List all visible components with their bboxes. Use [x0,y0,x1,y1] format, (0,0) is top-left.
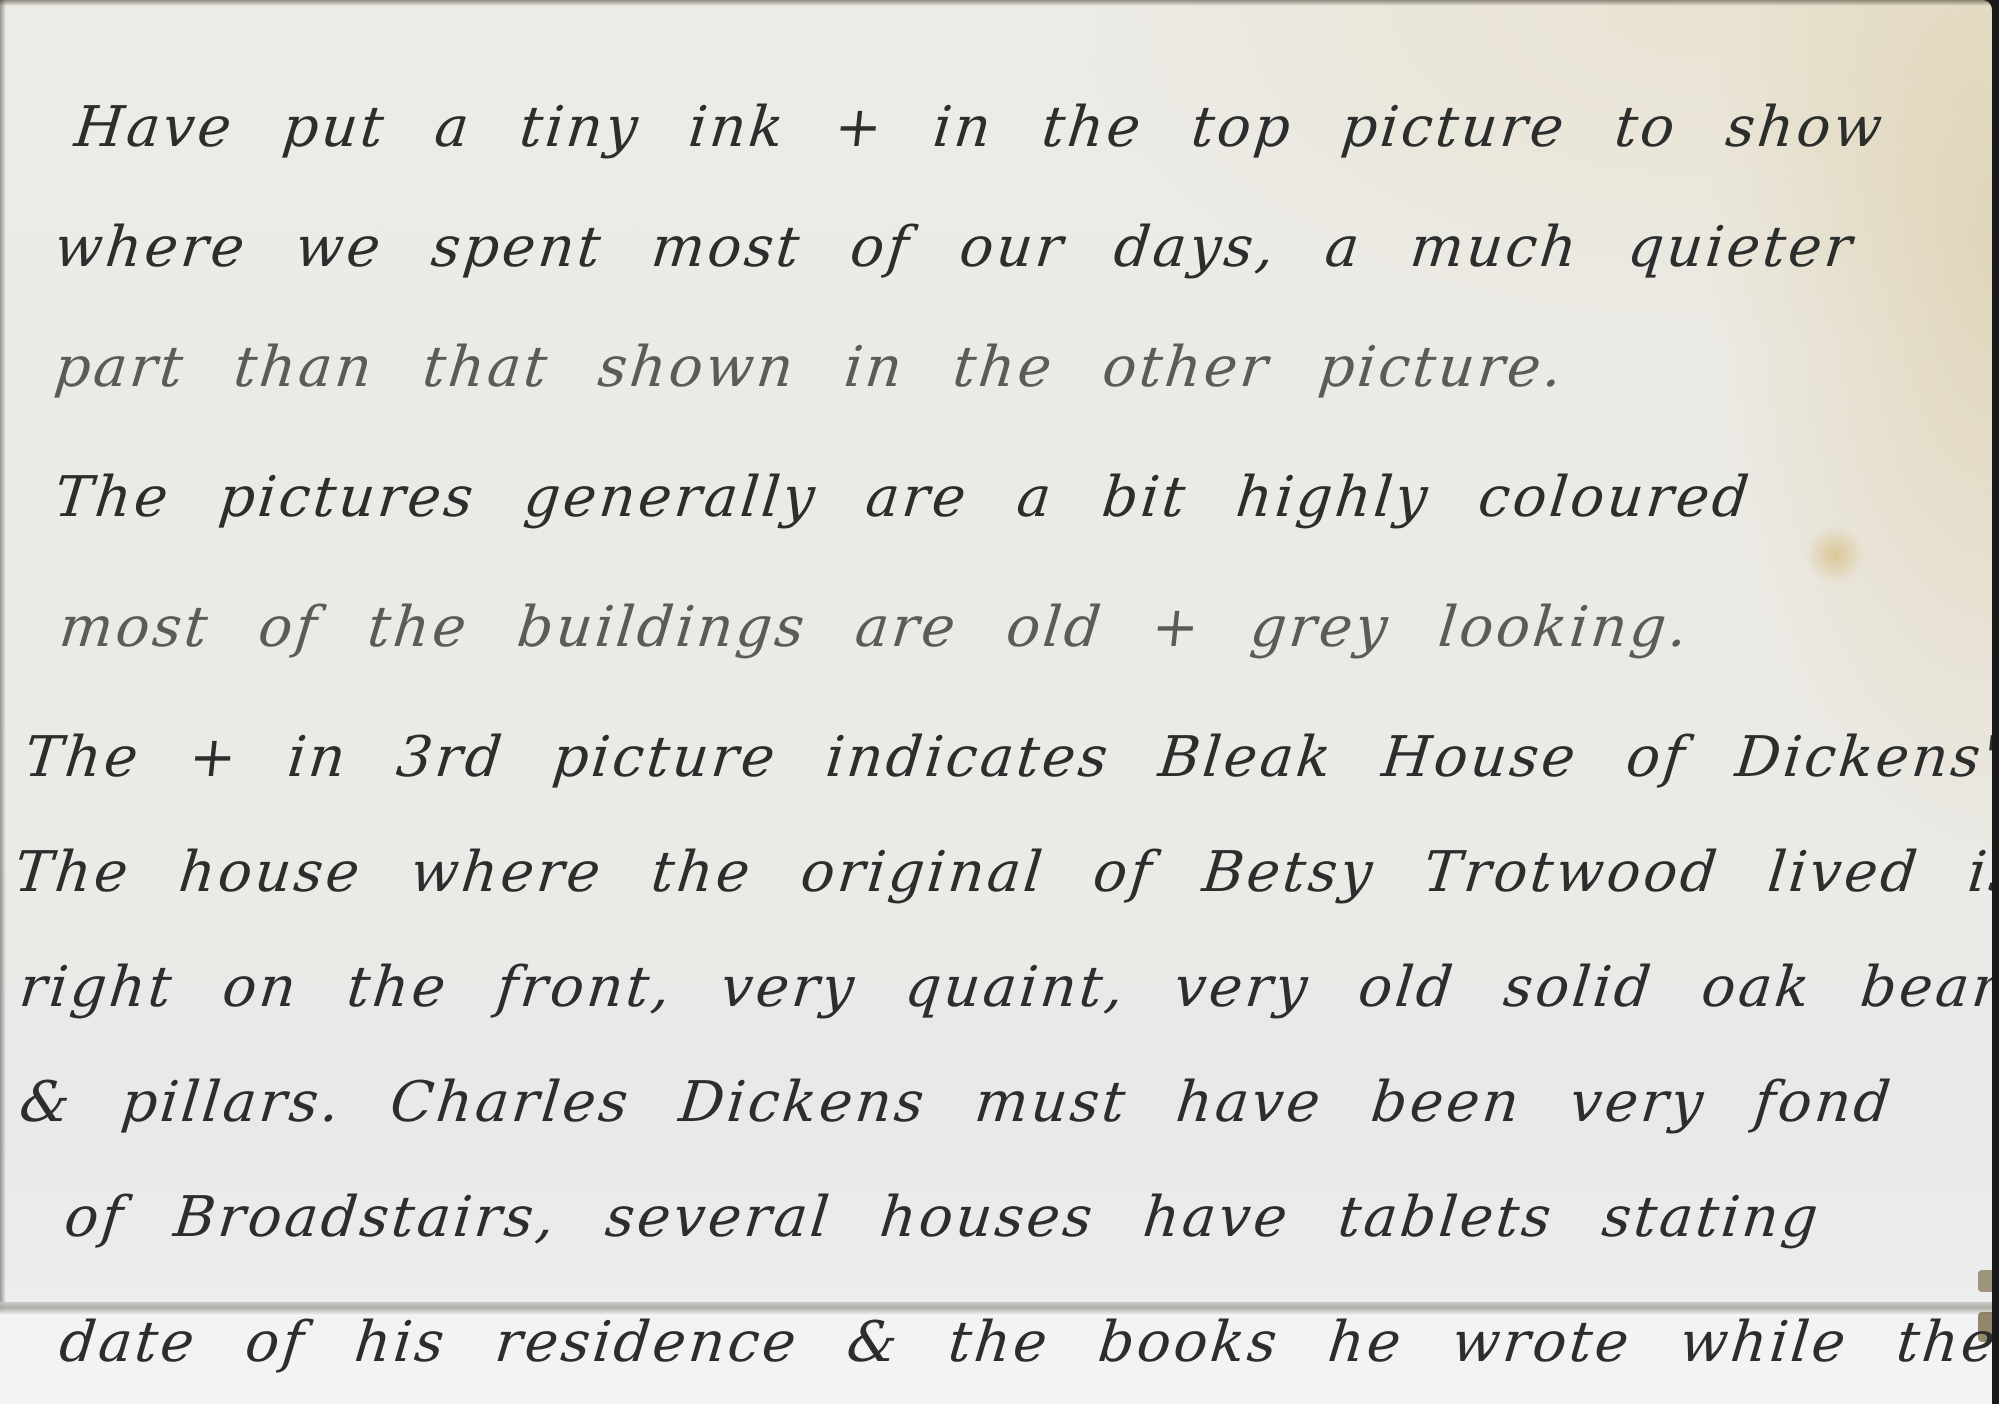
handwritten-line-5: most of the buildings are old + grey loo… [57,595,1694,660]
handwritten-line-9: & pillars. Charles Dickens must have bee… [17,1070,1897,1135]
handwritten-line-6: The + in 3rd picture indicates Bleak Hou… [22,725,1992,790]
handwritten-line-8: right on the front, very quaint, very ol… [17,955,1992,1020]
foxing-stain [1805,525,1865,585]
handwritten-line-3: part than that shown in the other pictur… [52,335,1568,400]
letter-page: Have put a tiny ink + in the top picture… [0,0,1992,1404]
handwritten-line-10: of Broadstairs, several houses have tabl… [62,1185,1824,1250]
handwritten-line-7: The house where the original of Betsy Tr… [12,840,1992,905]
edge-stain-upper [1978,1270,1992,1292]
handwritten-line-4: The pictures generally are a bit highly … [52,465,1755,530]
handwritten-line-2: where we spent most of our days, a much … [52,215,1858,280]
handwritten-line-11: date of his residence & the books he wro… [57,1310,1992,1375]
page-left-shadow [0,0,6,1404]
page-top-shadow [0,0,1992,6]
handwritten-line-1: Have put a tiny ink + in the top picture… [72,95,1888,160]
